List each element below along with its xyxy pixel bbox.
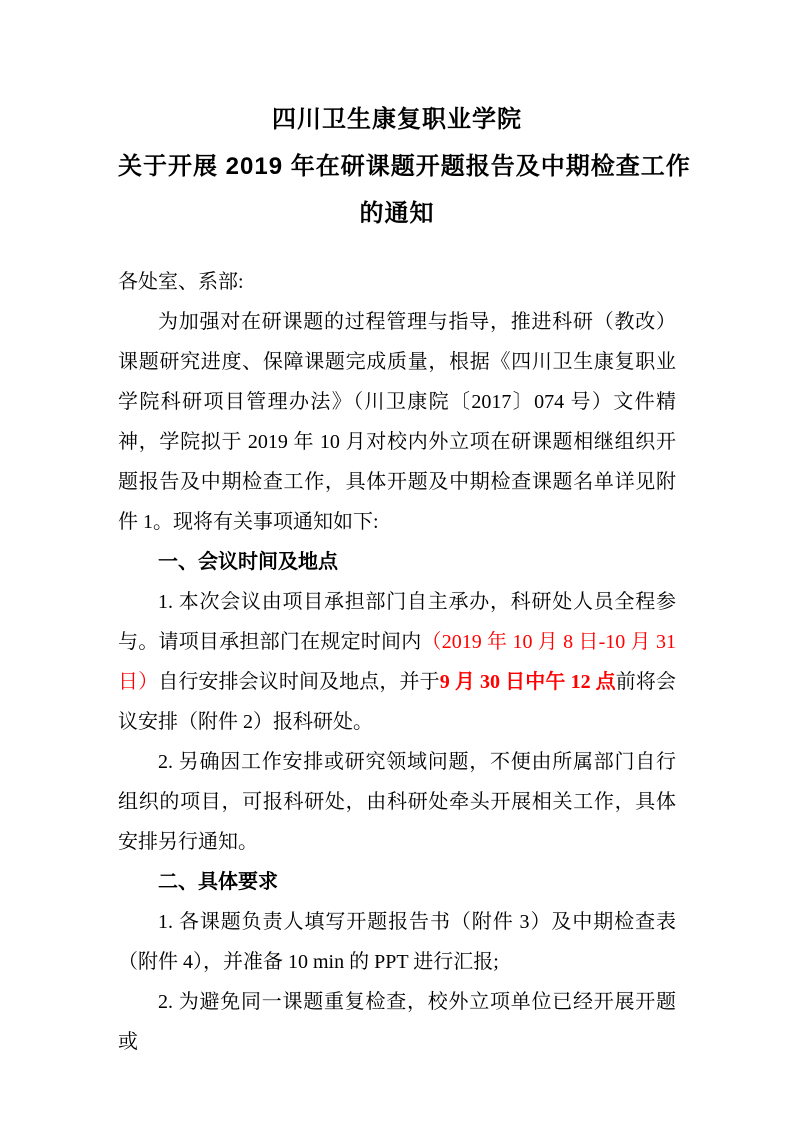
section-1-item-2: 2. 另确因工作安排或研究领域问题，不便由所属部门自行组织的项目，可报科研处，由… [118,742,676,862]
document-body: 各处室、系部: 为加强对在研课题的过程管理与指导，推进科研（教改）课题研究进度、… [118,262,676,1062]
title-line-subject-continued: 的通知 [118,190,676,237]
section-2-item-2: 2. 为避免同一课题重复检查，校外立项单位已经开展开题或 [118,982,676,1062]
title-line-subject: 关于开展 2019 年在研课题开题报告及中期检查工作 [118,143,676,190]
section-2-heading: 二、具体要求 [118,862,676,902]
section-2-item-1: 1. 各课题负责人填写开题报告书（附件 3）及中期检查表（附件 4），并准备 1… [118,902,676,982]
document-title: 四川卫生康复职业学院 关于开展 2019 年在研课题开题报告及中期检查工作 的通… [118,96,676,237]
intro-paragraph: 为加强对在研课题的过程管理与指导，推进科研（教改）课题研究进度、保障课题完成质量… [118,302,676,542]
title-line-institution: 四川卫生康复职业学院 [118,96,676,143]
item-1-1-text-b: 自行安排会议时间及地点，并于 [158,671,440,693]
salutation: 各处室、系部: [118,262,676,302]
deadline-emphasis: 9 月 30 日中午 12 点 [440,671,616,693]
section-1-heading: 一、会议时间及地点 [118,542,676,582]
document-content: 四川卫生康复职业学院 关于开展 2019 年在研课题开题报告及中期检查工作 的通… [118,96,676,1062]
section-1-item-1: 1. 本次会议由项目承担部门自主承办，科研处人员全程参与。请项目承担部门在规定时… [118,582,676,742]
document-page: 四川卫生康复职业学院 关于开展 2019 年在研课题开题报告及中期检查工作 的通… [0,0,793,1122]
